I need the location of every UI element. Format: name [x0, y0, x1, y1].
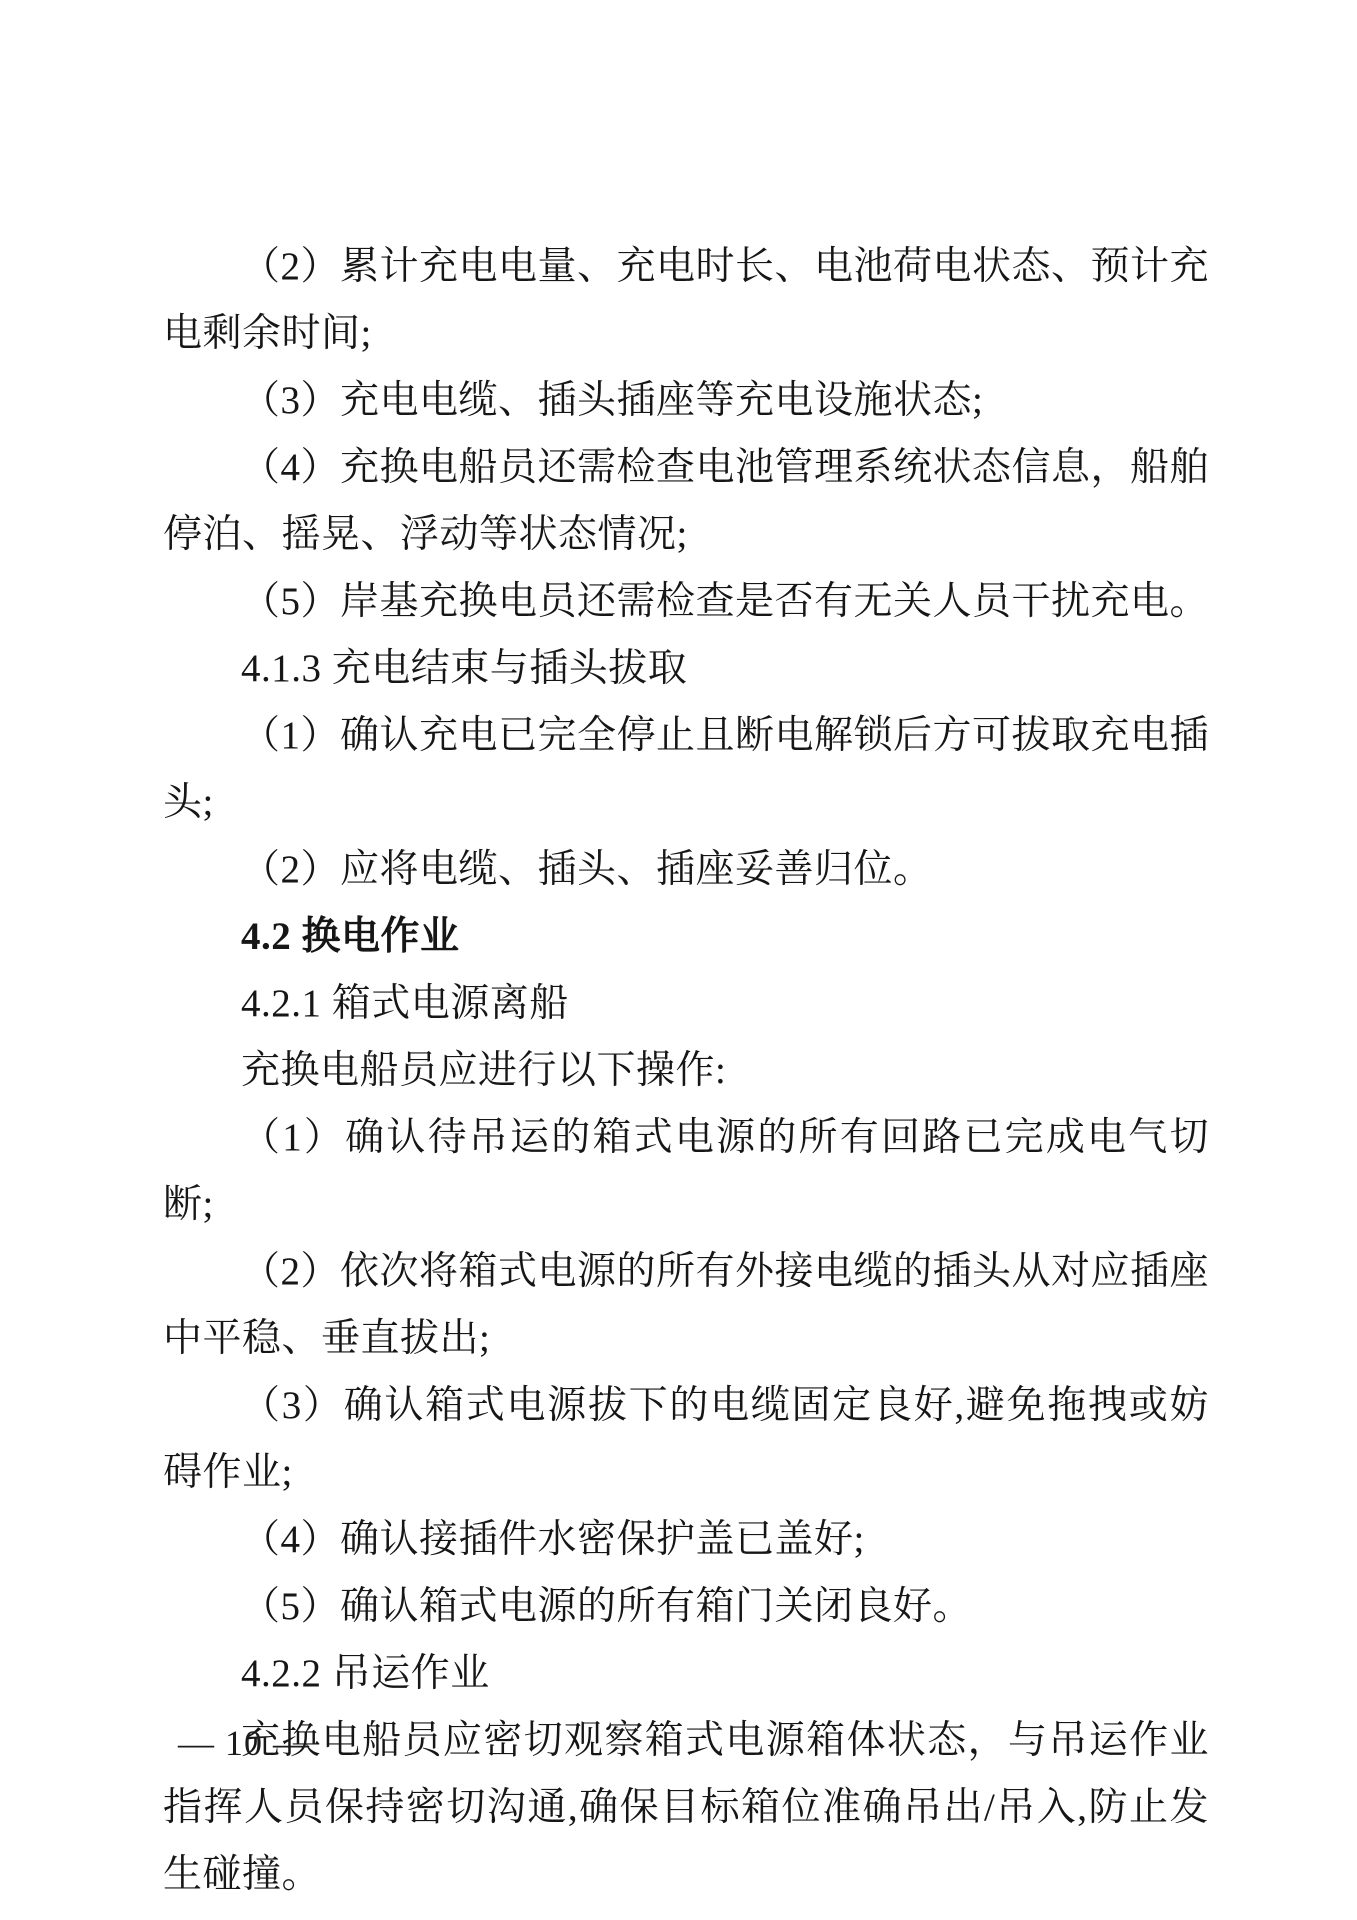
list-item-paragraph: （2）应将电缆、插头、插座妥善归位。 [163, 836, 1209, 903]
list-item-paragraph: （2）累计充电电量、充电时长、电池荷电状态、预计充电剩余时间; [163, 233, 1209, 367]
list-item-paragraph: （4）充换电船员还需检查电池管理系统状态信息，船舶停泊、摇晃、浮动等状态情况; [163, 434, 1209, 568]
subsection-heading: 4.2.1 箱式电源离船 [163, 970, 1209, 1037]
list-item-paragraph: （2）依次将箱式电源的所有外接电缆的插头从对应插座中平稳、垂直拔出; [163, 1238, 1209, 1372]
subsection-heading: 4.1.3 充电结束与插头拔取 [163, 635, 1209, 702]
list-item-paragraph: （1）确认充电已完全停止且断电解锁后方可拔取充电插头; [163, 702, 1209, 836]
subsection-heading: 4.2.2 吊运作业 [163, 1640, 1209, 1707]
list-item-paragraph: （3）充电电缆、插头插座等充电设施状态; [163, 367, 1209, 434]
list-item-paragraph: （5）确认箱式电源的所有箱门关闭良好。 [163, 1573, 1209, 1640]
page-footer: — 10 — [178, 1720, 310, 1766]
list-item-paragraph: （1）确认待吊运的箱式电源的所有回路已完成电气切断; [163, 1104, 1209, 1238]
list-item-paragraph: （4）确认接插件水密保护盖已盖好; [163, 1506, 1209, 1573]
body-paragraph: 充换电船员应进行以下操作: [163, 1037, 1209, 1104]
list-item-paragraph: （3）确认箱式电源拔下的电缆固定良好,避免拖拽或妨碍作业; [163, 1372, 1209, 1506]
body-paragraph: 充换电船员应密切观察箱式电源箱体状态，与吊运作业指挥人员保持密切沟通,确保目标箱… [163, 1707, 1209, 1908]
list-item-paragraph: （5）岸基充换电员还需检查是否有无关人员干扰充电。 [163, 568, 1209, 635]
document-body: （2）累计充电电量、充电时长、电池荷电状态、预计充电剩余时间;（3）充电电缆、插… [163, 233, 1209, 1908]
section-heading: 4.2 换电作业 [163, 903, 1209, 970]
page-number: — 10 — [178, 1723, 310, 1763]
document-page: （2）累计充电电量、充电时长、电池荷电状态、预计充电剩余时间;（3）充电电缆、插… [0, 0, 1357, 1920]
